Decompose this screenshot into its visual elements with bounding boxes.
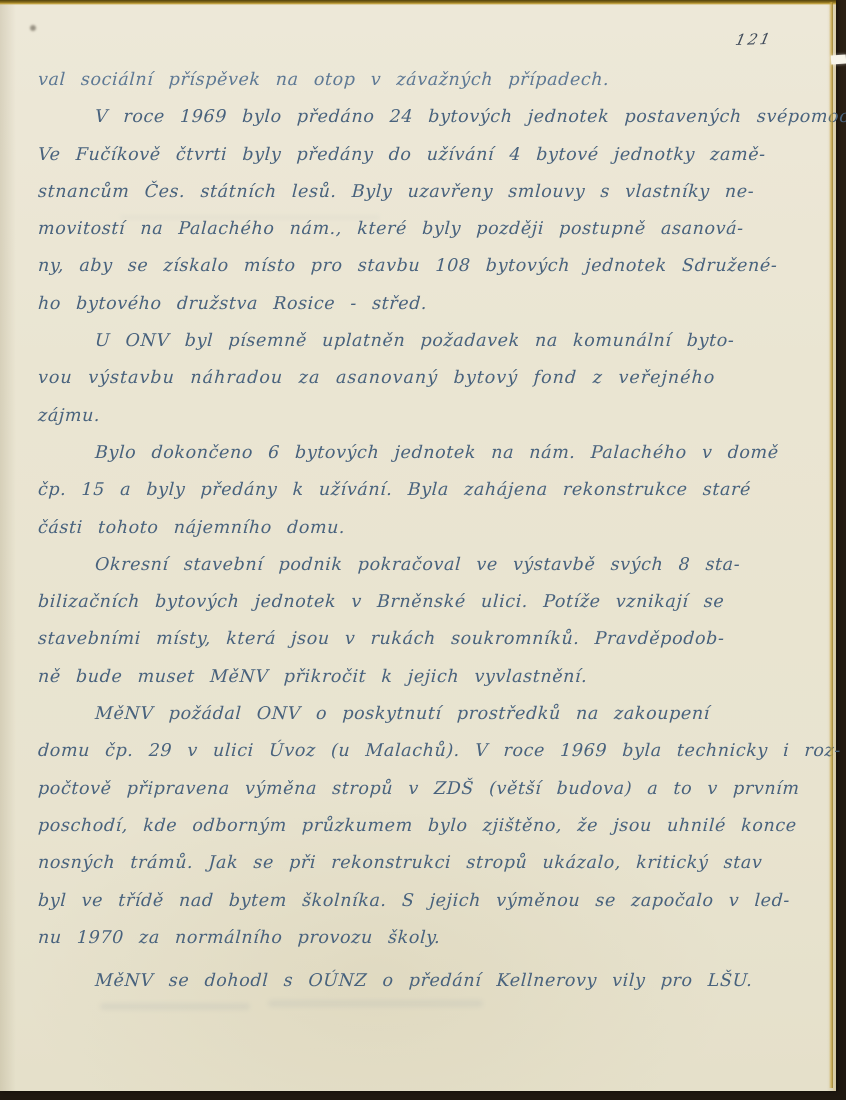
text-line: MěNV se dohodl s OÚNZ o předání Kellnero…: [37, 963, 815, 1000]
text-line: nu 1970 za normálního provozu školy.: [37, 920, 815, 957]
text-line: Okresní stavební podnik pokračoval ve vý…: [37, 547, 815, 584]
text-line: V roce 1969 bylo předáno 24 bytových jed…: [37, 99, 815, 136]
text-line: val sociální příspěvek na otop v závažný…: [37, 62, 815, 99]
text-line: ny, aby se získalo místo pro stavbu 108 …: [37, 248, 815, 285]
text-line: Bylo dokončeno 6 bytových jednotek na ná…: [37, 435, 815, 472]
text-line: části tohoto nájemního domu.: [37, 510, 815, 547]
scan-background: { "page": { "number": "121", "paper_colo…: [0, 0, 846, 1100]
text-line: bilizačních bytových jednotek v Brněnské…: [37, 584, 815, 621]
text-line: ho bytového družstva Rosice - střed.: [37, 286, 815, 323]
text-line: stavebními místy, která jsou v rukách so…: [37, 621, 815, 658]
ink-speck: [30, 25, 36, 31]
text-line: domu čp. 29 v ulici Úvoz (u Malachů). V …: [37, 733, 815, 770]
text-line: MěNV požádal ONV o poskytnutí prostředků…: [37, 696, 815, 733]
text-line: nosných trámů. Jak se při rekonstrukci s…: [37, 845, 815, 882]
text-line: ně bude muset MěNV přikročit k jejich vy…: [37, 659, 815, 696]
text-line: poschodí, kde odborným průzkumem bylo zj…: [37, 808, 815, 845]
bleedthrough-smudge: [268, 1000, 483, 1007]
text-line: stnancům Čes. státních lesů. Byly uzavře…: [37, 174, 815, 211]
bleedthrough-smudge: [100, 1003, 250, 1010]
text-line: vou výstavbu náhradou za asanovaný bytov…: [37, 360, 815, 397]
text-line: čp. 15 a byly předány k užívání. Byla za…: [37, 472, 815, 509]
text-line: zájmu.: [37, 398, 815, 435]
document-page: 121 val sociální příspěvek na otop v záv…: [0, 0, 836, 1091]
page-number: 121: [734, 29, 798, 49]
text-line: počtově připravena výměna stropů v ZDŠ (…: [37, 771, 815, 808]
scan-notch: [831, 54, 846, 64]
text-line: Ve Fučíkově čtvrti byly předány do užívá…: [37, 137, 815, 174]
handwritten-text: val sociální příspěvek na otop v závažný…: [37, 62, 813, 1000]
gilt-top-edge: [0, 0, 836, 5]
text-line: U ONV byl písemně uplatněn požadavek na …: [37, 323, 815, 360]
bleedthrough-smudge: [120, 215, 380, 220]
paper-gilt-right-edge: [829, 2, 833, 1088]
text-line: byl ve třídě nad bytem školníka. S jejic…: [37, 883, 815, 920]
